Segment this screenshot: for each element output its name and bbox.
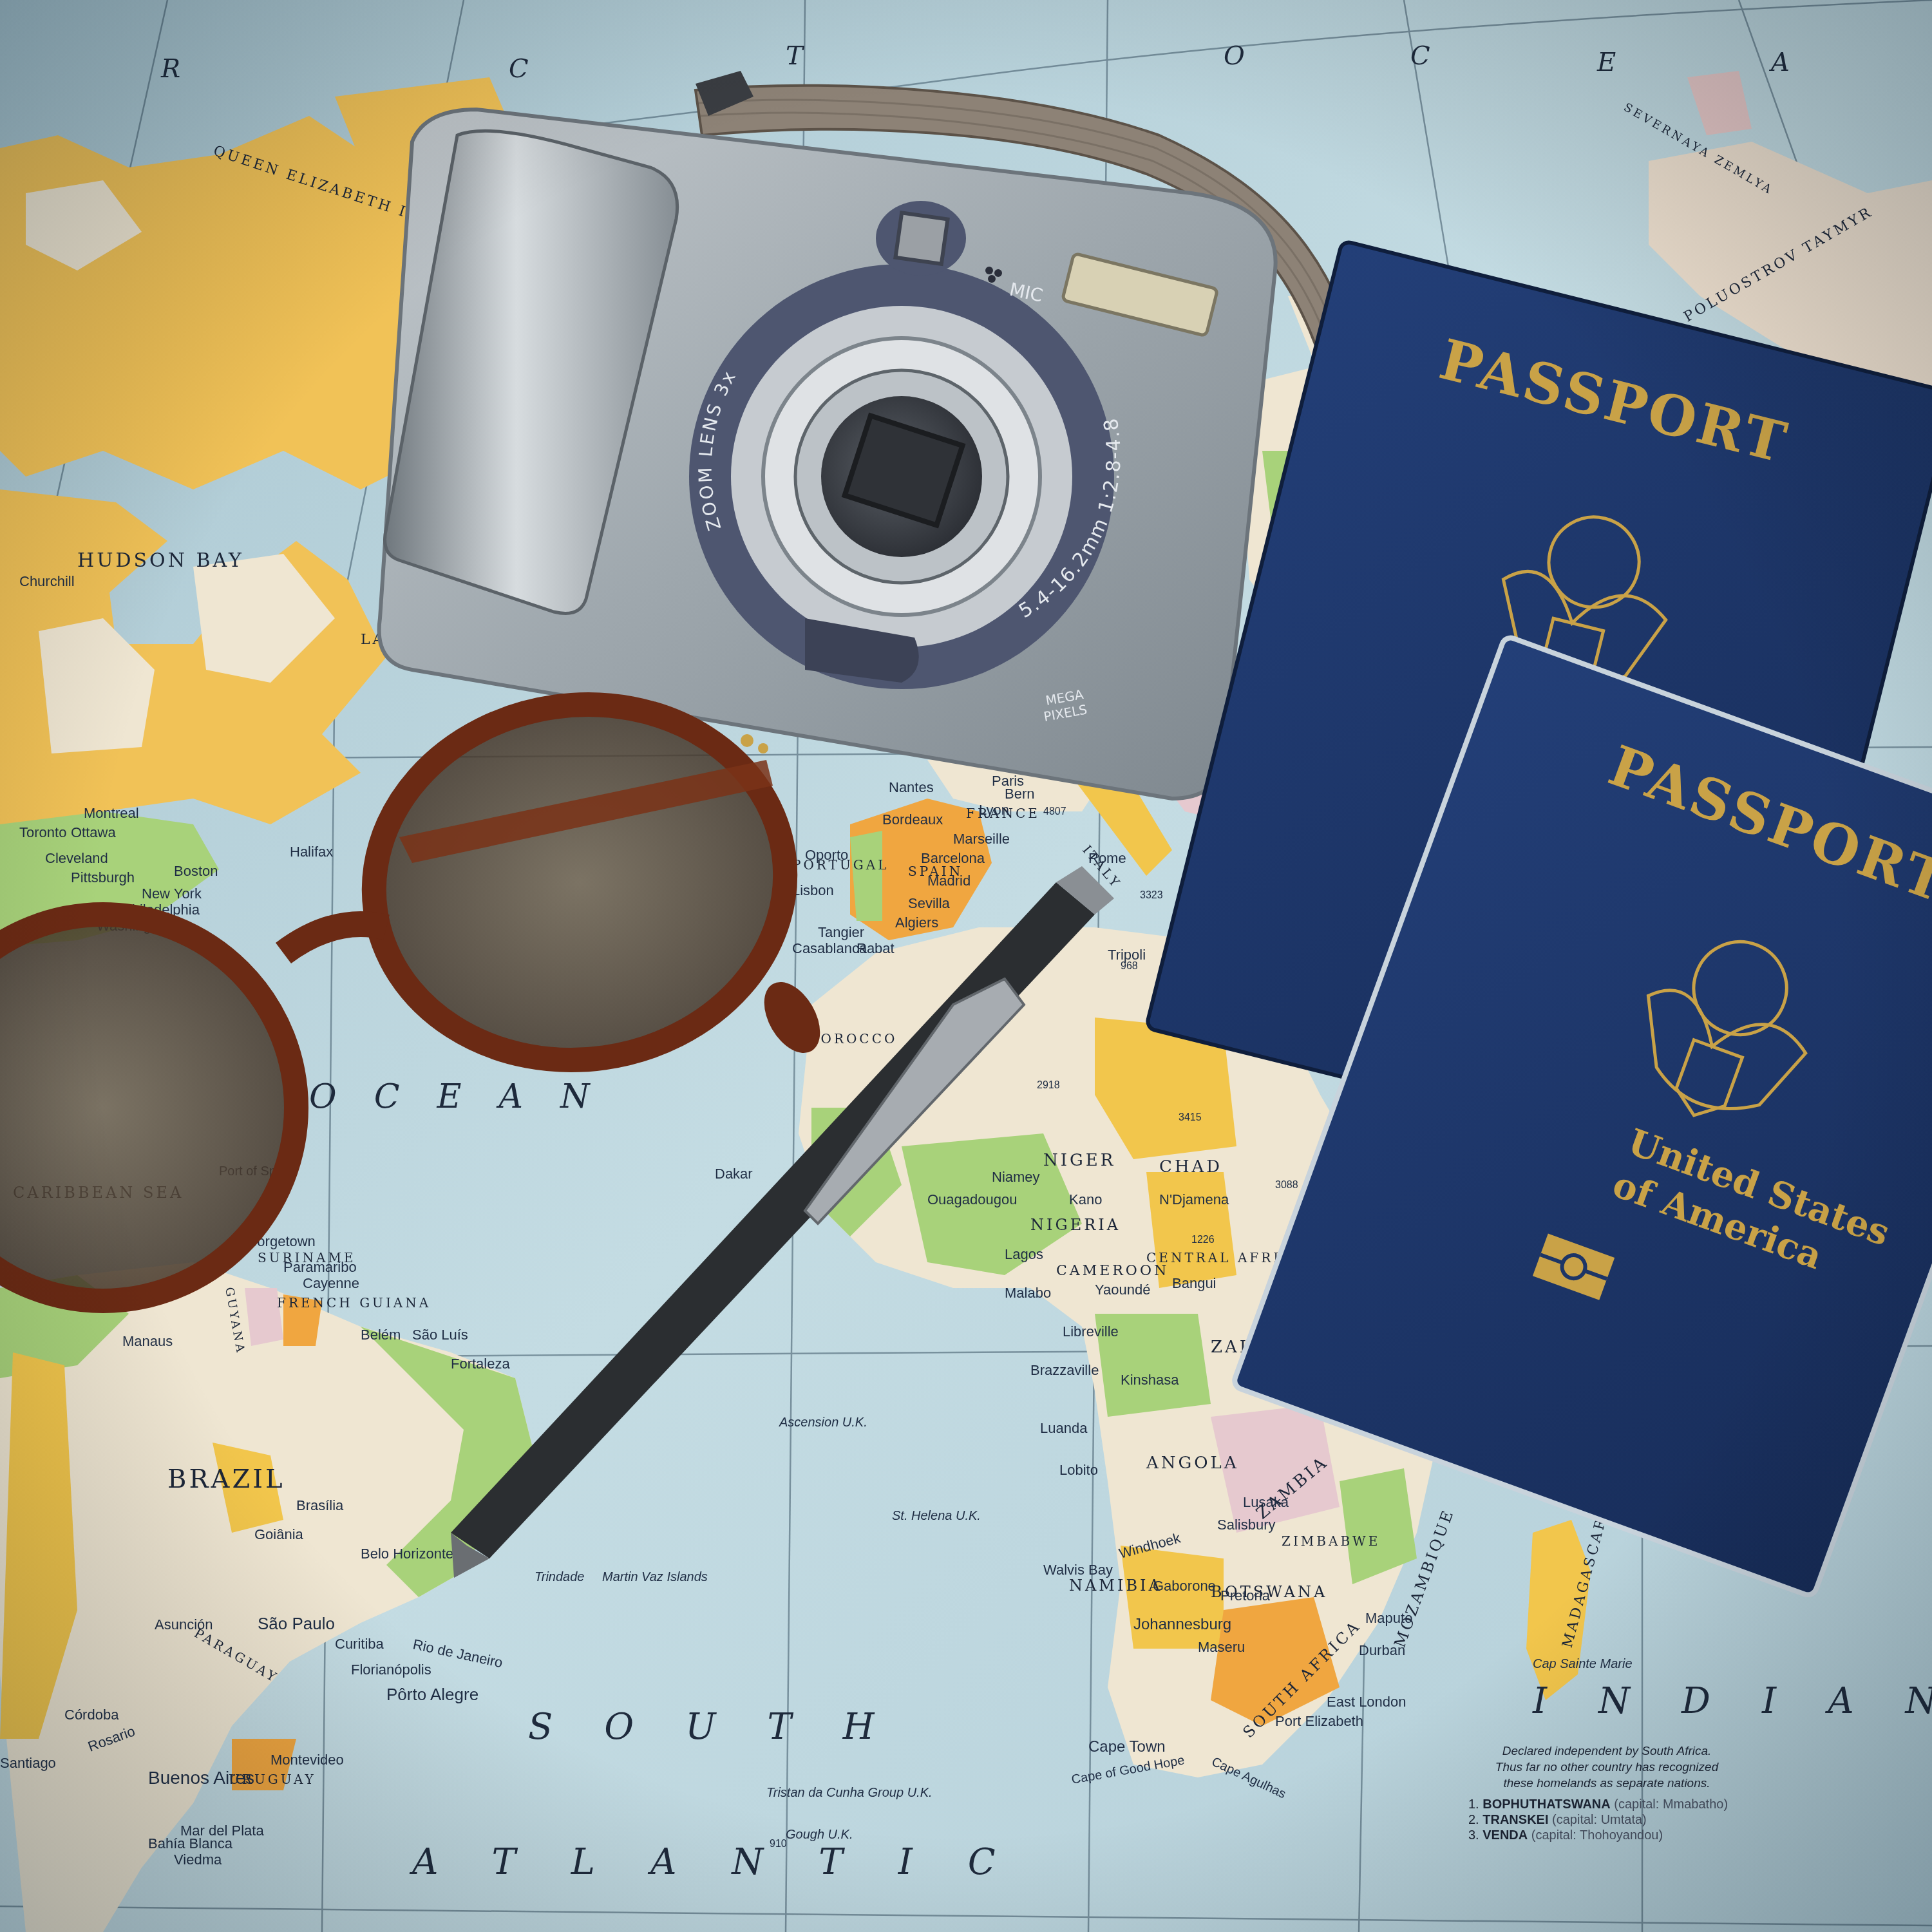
svg-text:Paramaribo: Paramaribo <box>283 1259 357 1275</box>
svg-text:3. VENDA (capital: Thohoyandou: 3. VENDA (capital: Thohoyandou) <box>1468 1828 1663 1842</box>
svg-text:Bangui: Bangui <box>1172 1275 1217 1291</box>
svg-text:C: C <box>1410 41 1430 71</box>
svg-text:HUDSON BAY: HUDSON BAY <box>77 549 244 572</box>
svg-text:Cleveland: Cleveland <box>45 850 108 866</box>
svg-text:Brasília: Brasília <box>296 1497 344 1513</box>
svg-text:Algiers: Algiers <box>895 914 938 931</box>
svg-text:Curitiba: Curitiba <box>335 1636 384 1652</box>
svg-text:Nantes: Nantes <box>889 779 934 795</box>
svg-text:Halifax: Halifax <box>290 844 333 860</box>
svg-text:Cap Sainte Marie: Cap Sainte Marie <box>1533 1657 1633 1671</box>
svg-text:Trindade: Trindade <box>535 1570 584 1584</box>
svg-text:Tristan da Cunha Group U.K.: Tristan da Cunha Group U.K. <box>766 1786 933 1800</box>
svg-text:ANGOLA: ANGOLA <box>1146 1454 1239 1473</box>
svg-text:Luanda: Luanda <box>1040 1420 1088 1436</box>
svg-text:3323: 3323 <box>1140 890 1163 901</box>
svg-text:C: C <box>509 54 529 84</box>
svg-text:3088: 3088 <box>1275 1180 1298 1191</box>
svg-text:Ascension U.K.: Ascension U.K. <box>779 1416 867 1430</box>
svg-text:Manaus: Manaus <box>122 1333 173 1349</box>
svg-text:Bahía Blanca: Bahía Blanca <box>148 1835 233 1851</box>
svg-text:ATLANTIC: ATLANTIC <box>409 1841 1051 1883</box>
svg-text:Churchill: Churchill <box>19 573 75 589</box>
svg-text:St. Helena U.K.: St. Helena U.K. <box>892 1509 981 1523</box>
svg-text:E: E <box>1596 48 1616 77</box>
svg-text:1. BOPHUTHATSWANA (capital: Mm: 1. BOPHUTHATSWANA (capital: Mmabatho) <box>1468 1797 1728 1812</box>
svg-text:Sevilla: Sevilla <box>908 895 951 911</box>
svg-text:Buenos Aires: Buenos Aires <box>148 1768 254 1788</box>
svg-text:Thus far no other country has: Thus far no other country has recognized <box>1495 1761 1719 1774</box>
svg-text:Johannesburg: Johannesburg <box>1133 1616 1231 1633</box>
svg-text:Oporto: Oporto <box>805 847 848 863</box>
svg-text:Boston: Boston <box>174 863 218 879</box>
svg-text:Asunción: Asunción <box>155 1616 213 1633</box>
travel-flatlay-scene: R C T O C E A OCEAN SOUTH ATLANTIC INDIA… <box>0 0 1932 1932</box>
svg-text:Libreville: Libreville <box>1063 1323 1119 1340</box>
svg-text:Madrid: Madrid <box>927 873 971 889</box>
svg-text:Gaborone: Gaborone <box>1153 1578 1216 1594</box>
svg-text:4807: 4807 <box>1043 806 1066 817</box>
svg-text:Belém: Belém <box>361 1327 401 1343</box>
svg-text:R: R <box>160 54 180 84</box>
svg-text:Viedma: Viedma <box>174 1851 222 1868</box>
svg-text:Malabo: Malabo <box>1005 1285 1051 1301</box>
svg-text:Salisbury: Salisbury <box>1217 1517 1275 1533</box>
svg-text:2. TRANSKEI (capital: Umtata): 2. TRANSKEI (capital: Umtata) <box>1468 1813 1647 1827</box>
svg-text:Córdoba: Córdoba <box>64 1707 119 1723</box>
svg-text:Pittsburgh: Pittsburgh <box>71 869 135 885</box>
svg-text:Maputo: Maputo <box>1365 1610 1412 1626</box>
svg-text:Santiago: Santiago <box>0 1755 56 1771</box>
svg-text:Cape Town: Cape Town <box>1088 1738 1166 1756</box>
svg-text:ZIMBABWE: ZIMBABWE <box>1282 1533 1380 1549</box>
svg-text:Bern: Bern <box>1005 786 1034 802</box>
svg-text:2918: 2918 <box>1037 1080 1060 1091</box>
svg-text:T: T <box>786 41 805 71</box>
sunglasses-lens-left <box>0 914 296 1301</box>
svg-text:3415: 3415 <box>1179 1112 1202 1123</box>
svg-text:Ottawa: Ottawa <box>71 824 116 840</box>
svg-text:NAMIBIA: NAMIBIA <box>1069 1577 1162 1595</box>
svg-text:Dakar: Dakar <box>715 1166 753 1182</box>
svg-text:Tangier: Tangier <box>818 924 864 940</box>
svg-text:Florianópolis: Florianópolis <box>351 1662 431 1678</box>
svg-text:Pretoria: Pretoria <box>1220 1587 1271 1604</box>
svg-text:A: A <box>1768 48 1790 77</box>
svg-text:OCEAN: OCEAN <box>309 1077 627 1116</box>
svg-text:Port Elizabeth: Port Elizabeth <box>1275 1713 1363 1729</box>
svg-text:Fortaleza: Fortaleza <box>451 1356 510 1372</box>
svg-text:Lisbon: Lisbon <box>792 882 834 898</box>
svg-text:Yaoundé: Yaoundé <box>1095 1282 1150 1298</box>
svg-text:Brazzaville: Brazzaville <box>1030 1362 1099 1378</box>
svg-text:968: 968 <box>1121 961 1138 972</box>
svg-text:NIGER: NIGER <box>1043 1151 1115 1170</box>
svg-text:1226: 1226 <box>1191 1235 1215 1245</box>
svg-text:Durban: Durban <box>1359 1642 1405 1658</box>
svg-text:Pôrto Alegre: Pôrto Alegre <box>386 1685 478 1704</box>
svg-text:Cayenne: Cayenne <box>303 1275 359 1291</box>
svg-text:INDIAN: INDIAN <box>1532 1680 1932 1722</box>
svg-text:São Paulo: São Paulo <box>258 1614 335 1633</box>
svg-text:Maseru: Maseru <box>1198 1639 1245 1655</box>
svg-text:Martin Vaz Islands: Martin Vaz Islands <box>602 1570 708 1584</box>
svg-text:Ouagadougou: Ouagadougou <box>927 1191 1017 1207</box>
svg-text:Walvis Bay: Walvis Bay <box>1043 1562 1113 1578</box>
svg-text:Niamey: Niamey <box>992 1169 1040 1185</box>
svg-text:BRAZIL: BRAZIL <box>167 1464 285 1494</box>
svg-text:NIGERIA: NIGERIA <box>1030 1216 1121 1234</box>
svg-text:Declared independent by South: Declared independent by South Africa. <box>1502 1745 1712 1758</box>
svg-text:Montreal: Montreal <box>84 805 139 821</box>
svg-text:Lyon: Lyon <box>979 802 1009 818</box>
svg-text:N'Djamena: N'Djamena <box>1159 1191 1229 1207</box>
svg-text:Kano: Kano <box>1069 1191 1102 1207</box>
svg-text:Barcelona: Barcelona <box>921 850 985 866</box>
svg-text:Goiânia: Goiânia <box>254 1526 304 1542</box>
svg-text:East London: East London <box>1327 1694 1406 1710</box>
svg-text:910: 910 <box>770 1839 787 1850</box>
svg-text:Lagos: Lagos <box>1005 1246 1043 1262</box>
svg-text:São Luís: São Luís <box>412 1327 468 1343</box>
svg-text:O: O <box>1224 41 1245 71</box>
svg-text:New York: New York <box>142 885 202 902</box>
svg-text:Belo Horizonte: Belo Horizonte <box>361 1546 453 1562</box>
svg-text:Bordeaux: Bordeaux <box>882 811 943 828</box>
svg-text:Casablanca: Casablanca <box>792 940 867 956</box>
svg-text:SOUTH: SOUTH <box>528 1706 926 1748</box>
svg-text:Kinshasa: Kinshasa <box>1121 1372 1179 1388</box>
svg-text:Rome: Rome <box>1088 850 1126 866</box>
svg-text:Marseille: Marseille <box>953 831 1010 847</box>
svg-text:Toronto: Toronto <box>19 824 66 840</box>
svg-text:CHAD: CHAD <box>1159 1157 1222 1177</box>
svg-text:these homelands as separate na: these homelands as separate nations. <box>1503 1777 1710 1790</box>
svg-text:FRENCH GUIANA: FRENCH GUIANA <box>277 1295 431 1311</box>
svg-text:Lobito: Lobito <box>1059 1462 1098 1478</box>
svg-text:Lusaka: Lusaka <box>1243 1494 1289 1510</box>
svg-text:Gough U.K.: Gough U.K. <box>786 1828 853 1842</box>
svg-text:Montevideo: Montevideo <box>270 1752 344 1768</box>
